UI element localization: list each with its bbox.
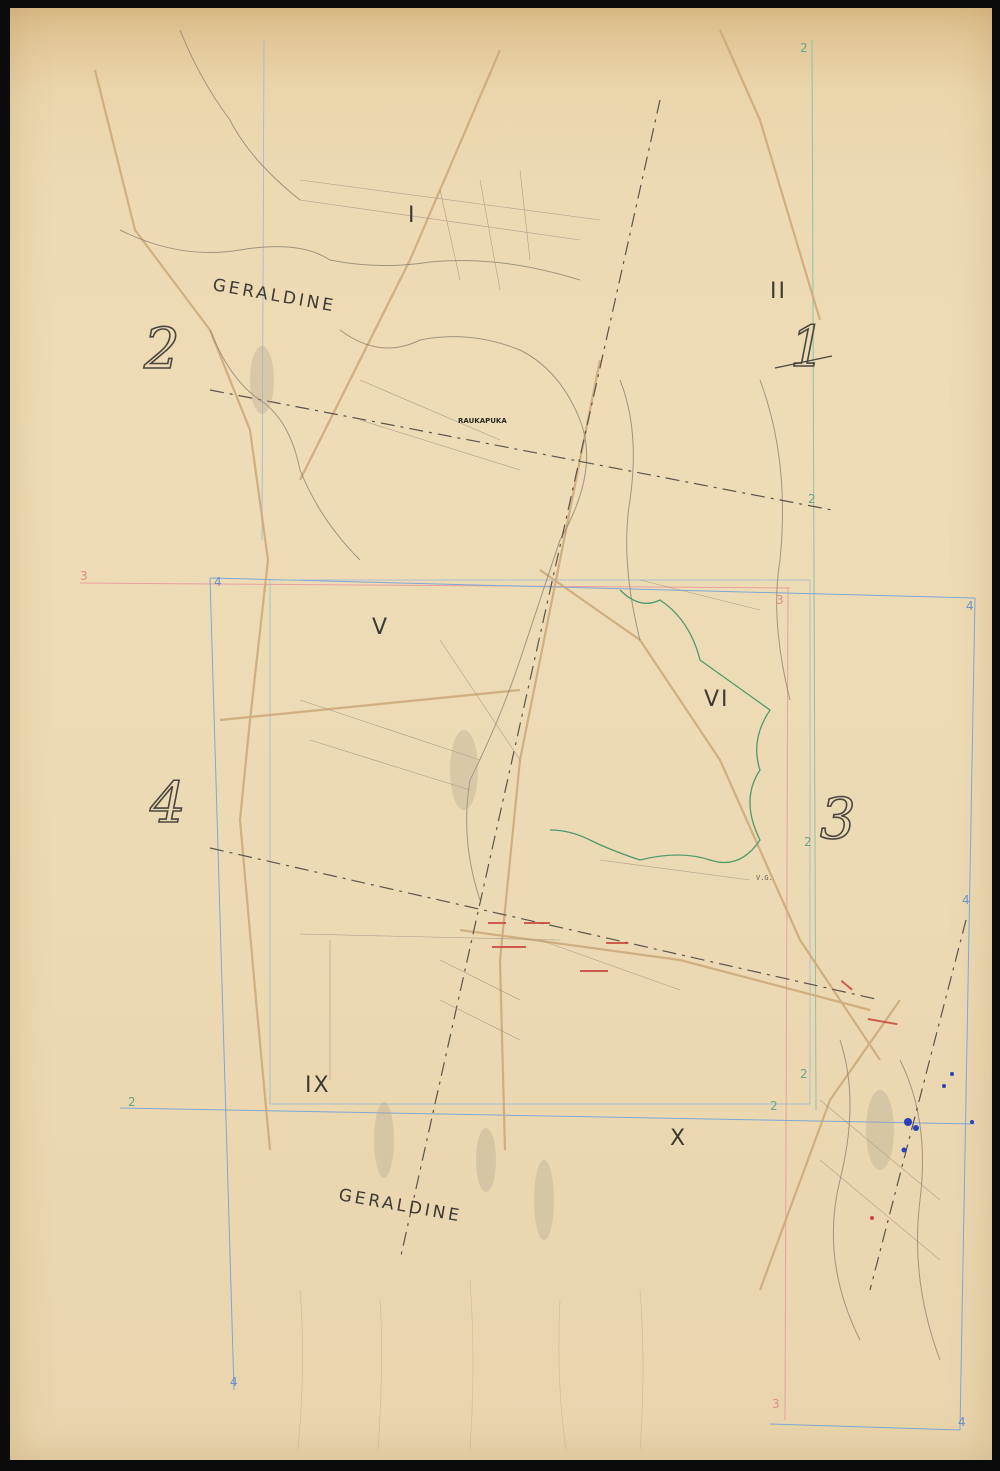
grid-label: 3	[776, 593, 784, 607]
vg-annotation: V.G.	[756, 874, 773, 882]
grid-label: 4	[966, 599, 974, 613]
grid-label: 2	[770, 1099, 778, 1113]
section-label-i: I	[408, 203, 417, 228]
grid-label: 4	[958, 1415, 966, 1429]
grid-label: 2	[128, 1095, 136, 1109]
rivers	[120, 30, 940, 1360]
survey-map: GERALDINE GERALDINE I II V VI IX X 1 2 3…	[0, 0, 1000, 1471]
region-labels: GERALDINE GERALDINE	[211, 275, 463, 1226]
grid-label: 2	[808, 492, 816, 506]
green-boundary	[550, 590, 770, 863]
pencil-number-1: 1	[790, 315, 826, 380]
grid-label: 4	[214, 575, 222, 589]
section-label-ii: II	[770, 279, 787, 304]
section-labels: I II V VI IX X	[305, 203, 787, 1151]
grid-label: 2	[804, 835, 812, 849]
grid-label: 2	[800, 1067, 808, 1081]
region-label-geraldine-north: GERALDINE	[211, 275, 337, 316]
pencil-number-3: 3	[820, 787, 856, 852]
parcel-lines	[300, 170, 940, 1260]
pencil-number-4: 4	[149, 771, 186, 836]
section-label-vi: VI	[704, 687, 730, 712]
grid-label: 3	[772, 1397, 780, 1411]
red-ink-annotations	[488, 922, 898, 1025]
section-label-ix: IX	[305, 1073, 331, 1098]
grid-label: 2	[800, 41, 808, 55]
grid-label: 4	[962, 893, 970, 907]
grid-labels: 2 2 2 2 2 2 3 3 3 4 4 4 4 4	[80, 41, 974, 1429]
place-label-raukapuka: RAUKAPUKA	[458, 417, 507, 425]
pencil-number-2: 2	[143, 317, 180, 382]
grid-label: 4	[230, 1375, 238, 1389]
paper-creases	[298, 1280, 643, 1450]
grid-lines	[80, 40, 975, 1430]
blue-ink-spots	[902, 1072, 975, 1153]
shaded-areas	[250, 346, 894, 1240]
region-label-geraldine-south: GERALDINE	[337, 1185, 463, 1226]
pencil-numbers: 1 2 3 4	[143, 315, 856, 852]
section-label-x: X	[670, 1126, 687, 1151]
section-label-v: V	[372, 615, 389, 640]
roads	[95, 30, 900, 1290]
red-dot-marker	[870, 1216, 874, 1220]
grid-label: 3	[80, 569, 88, 583]
